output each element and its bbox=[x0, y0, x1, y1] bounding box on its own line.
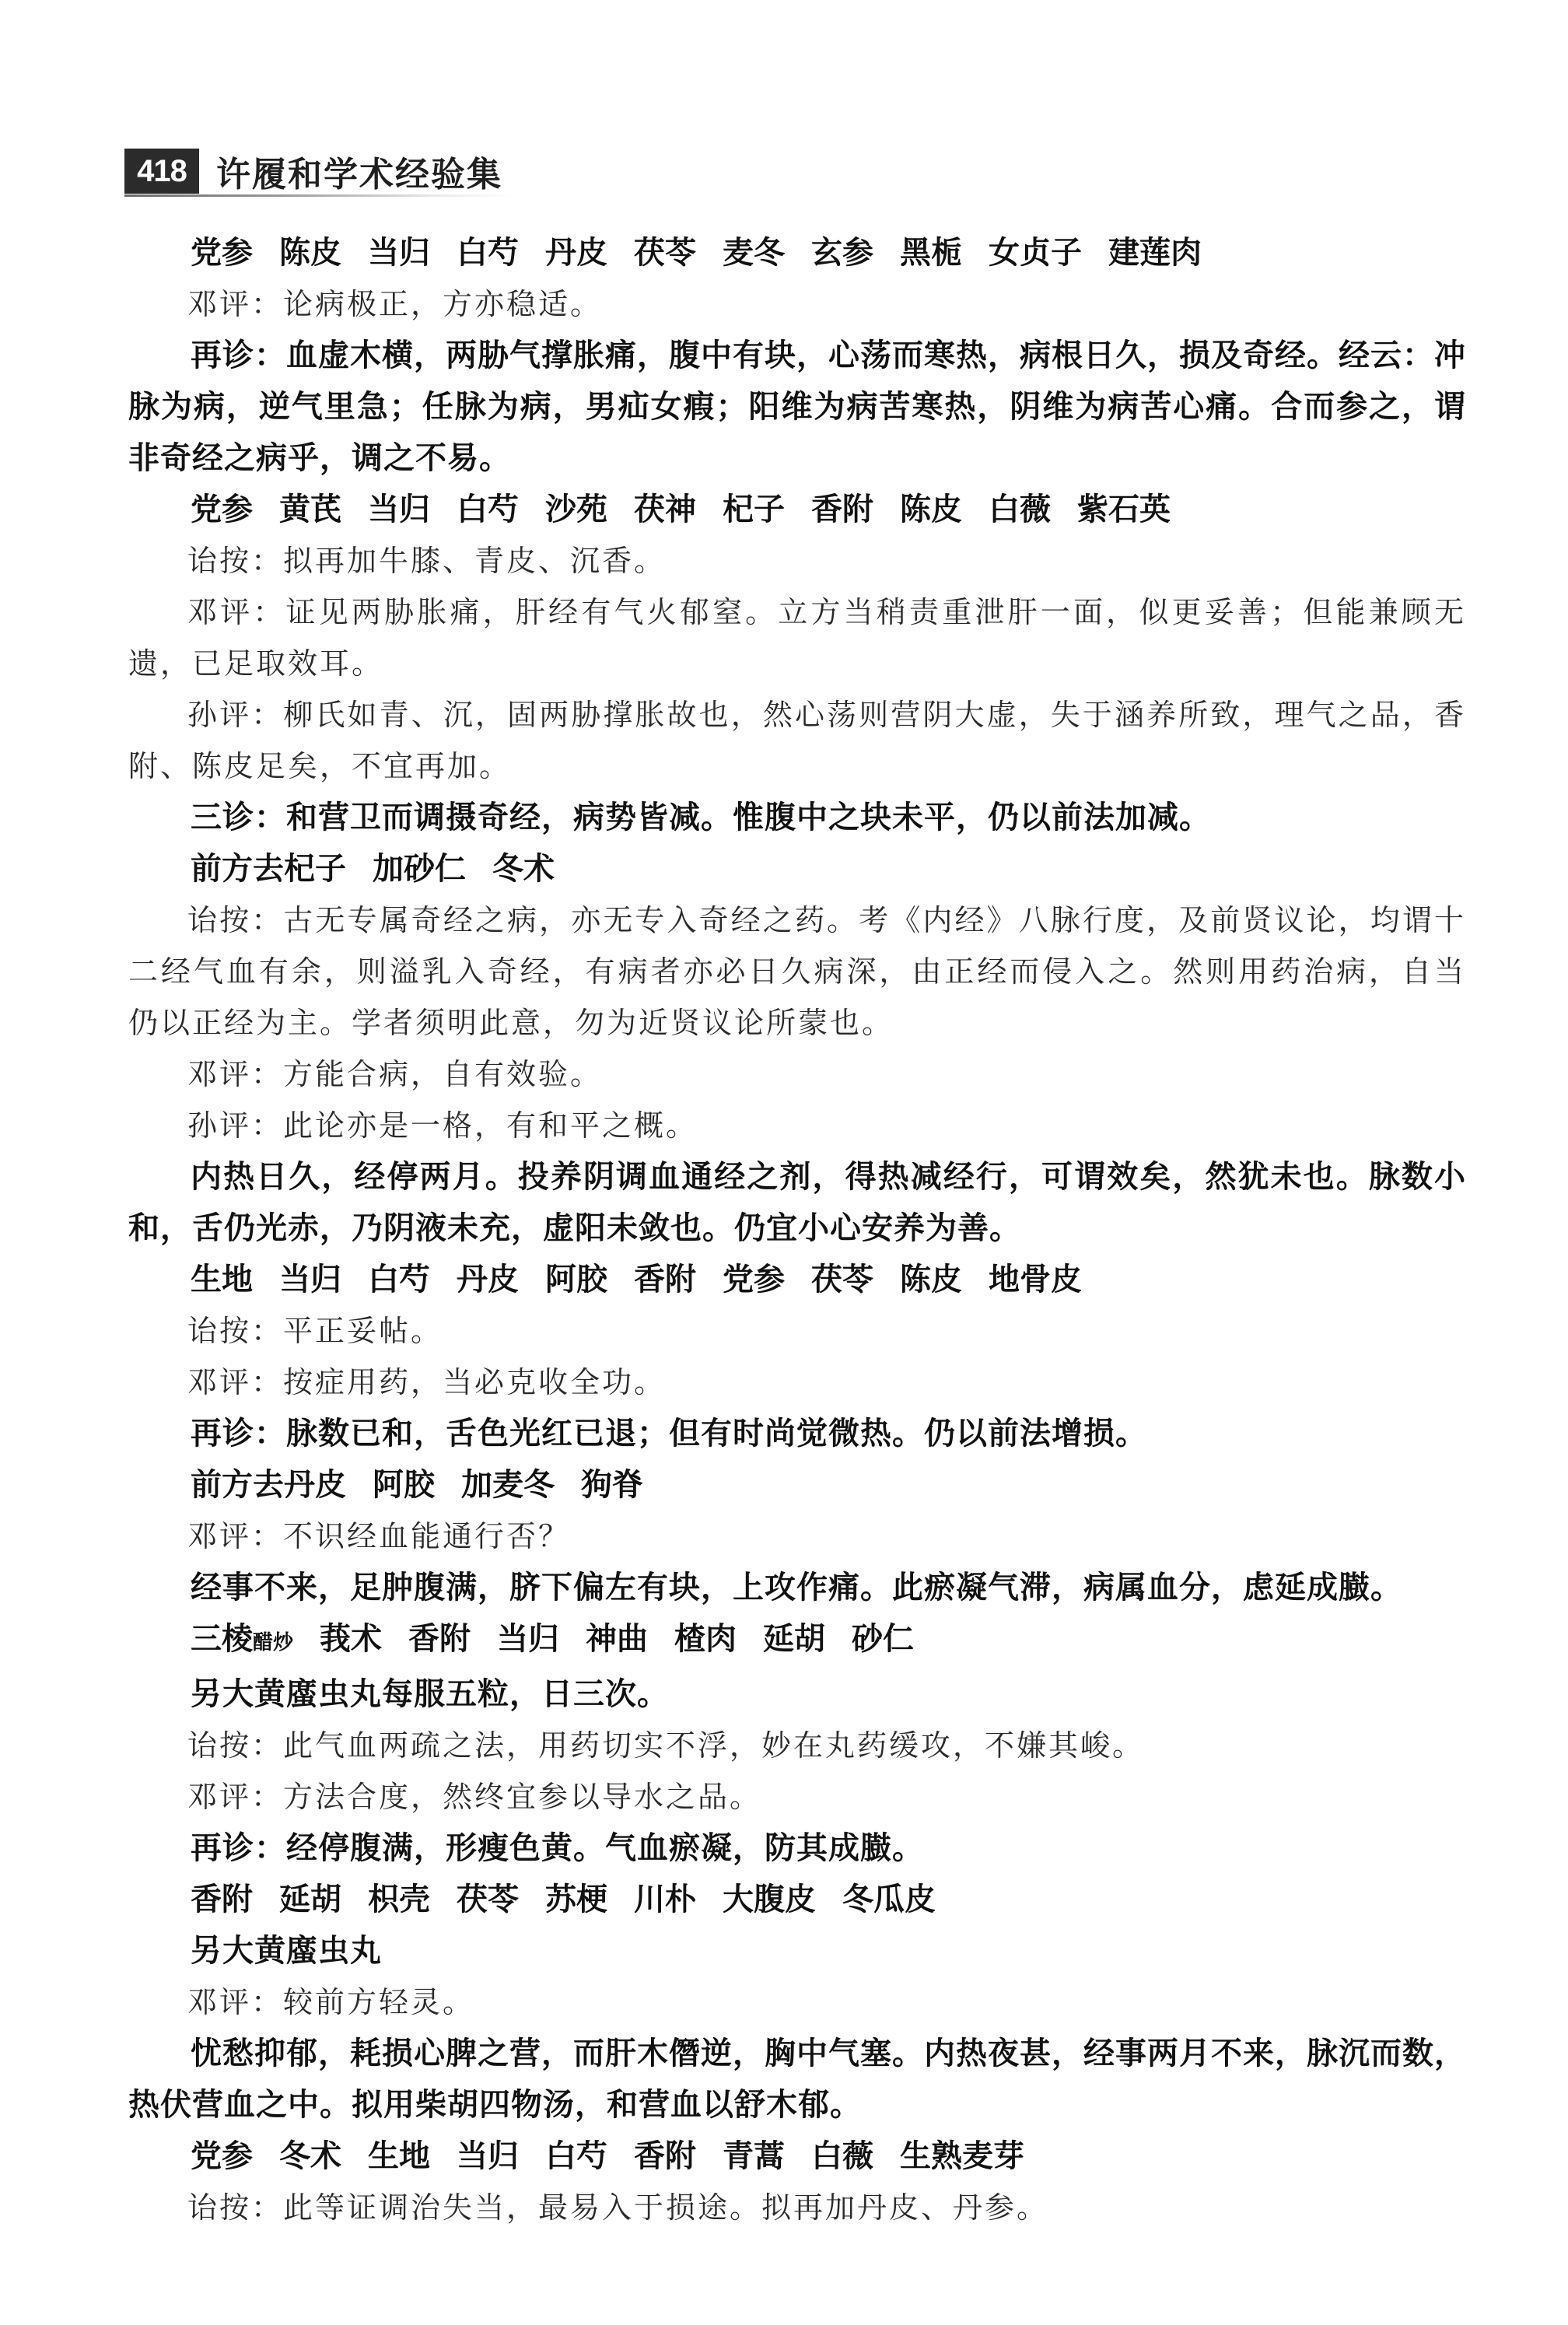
page-number: 418 bbox=[124, 149, 199, 194]
herb-name: 当归 bbox=[368, 492, 430, 527]
herb-item: 党参 bbox=[191, 484, 253, 535]
herb-name: 当归 bbox=[497, 1621, 559, 1657]
herb-name: 川朴 bbox=[634, 1882, 696, 1917]
herb-name: 冬术 bbox=[279, 2138, 341, 2174]
herb-item: 白芍 bbox=[368, 1254, 430, 1305]
herb-item: 地骨皮 bbox=[989, 1254, 1082, 1305]
herb-name: 大腹皮 bbox=[723, 1882, 816, 1917]
herb-item: 黑栀 bbox=[900, 227, 962, 278]
herb-name: 黑栀 bbox=[900, 235, 962, 271]
commentary-paragraph: 诒按：此气血两疏之法，用药切实不浮，妙在丸药缓攻，不嫌其峻。 bbox=[128, 1720, 1466, 1771]
case-paragraph: 内热日久，经停两月。投养阴调血通经之剂，得热减经行，可谓效矣，然犹未也。脉数小和… bbox=[128, 1151, 1466, 1254]
herb-item: 陈皮 bbox=[900, 484, 962, 535]
herb-name: 莪术 bbox=[320, 1621, 382, 1657]
prescription-line: 前方去杞子加砂仁冬术 bbox=[128, 843, 1466, 895]
herb-name: 白芍 bbox=[368, 1262, 430, 1297]
herb-item: 陈皮 bbox=[900, 1254, 962, 1305]
herb-item: 建莲肉 bbox=[1108, 227, 1202, 278]
herb-item: 冬瓜皮 bbox=[842, 1874, 936, 1925]
herb-item: 麦冬 bbox=[723, 227, 785, 278]
herb-name: 白薇 bbox=[811, 2138, 873, 2174]
case-paragraph: 再诊：脉数已和，舌色光红已退；但有时尚觉微热。仍以前法增损。 bbox=[128, 1408, 1466, 1459]
herb-item: 茯神 bbox=[634, 484, 696, 535]
case-paragraph: 再诊：血虚木横，两胁气撑胀痛，腹中有块，心荡而寒热，病根日久，损及奇经。经云：冲… bbox=[128, 330, 1466, 484]
herb-name: 党参 bbox=[191, 492, 253, 527]
herb-item: 楂肉 bbox=[674, 1613, 737, 1665]
herb-name: 冬瓜皮 bbox=[842, 1882, 936, 1917]
herb-name: 杞子 bbox=[723, 492, 785, 527]
commentary-paragraph: 诒按：此等证调治失当，最易入于损途。拟再加丹皮、丹参。 bbox=[128, 2182, 1466, 2233]
herb-item: 白薇 bbox=[811, 2131, 873, 2182]
herb-name: 陈皮 bbox=[900, 492, 962, 527]
herb-item: 香附 bbox=[191, 1874, 253, 1925]
pill-prescription-line: 另大黄䗪虫丸 bbox=[128, 1925, 1466, 1977]
herb-item: 丹皮 bbox=[457, 1254, 519, 1305]
herb-item: 当归 bbox=[368, 484, 430, 535]
herb-name: 加麦冬 bbox=[461, 1467, 555, 1503]
commentary-paragraph: 诒按：平正妥帖。 bbox=[128, 1305, 1466, 1357]
herb-name: 枳壳 bbox=[368, 1882, 430, 1917]
header-divider bbox=[124, 194, 513, 197]
herb-name: 香附 bbox=[191, 1882, 253, 1917]
page-header: 418 许履和学术经验集 bbox=[124, 148, 502, 194]
case-paragraph: 再诊：经停腹满，形瘦色黄。气血瘀凝，防其成臌。 bbox=[128, 1823, 1466, 1874]
herb-item: 茯苓 bbox=[457, 1874, 519, 1925]
herb-name: 前方去丹皮 bbox=[191, 1467, 346, 1503]
commentary-paragraph: 孙评：柳氏如青、沉，固两胁撑胀故也，然心荡则营阴大虚，失于涵养所致，理气之品，香… bbox=[128, 689, 1466, 792]
herb-item: 大腹皮 bbox=[723, 1874, 816, 1925]
herb-item: 黄芪 bbox=[279, 484, 341, 535]
herb-name: 神曲 bbox=[586, 1621, 648, 1657]
herb-name: 香附 bbox=[634, 1262, 696, 1297]
herb-name: 阿胶 bbox=[545, 1262, 607, 1297]
herb-item: 枳壳 bbox=[368, 1874, 430, 1925]
herb-item: 加砂仁 bbox=[373, 843, 466, 895]
herb-item: 沙苑 bbox=[545, 484, 607, 535]
herb-name: 白芍 bbox=[457, 235, 519, 271]
herb-item: 当归 bbox=[368, 227, 430, 278]
herb-item: 党参 bbox=[191, 2131, 253, 2182]
herb-item: 砂仁 bbox=[852, 1613, 914, 1665]
commentary-paragraph: 孙评：此论亦是一格，有和平之概。 bbox=[128, 1100, 1466, 1151]
herb-item: 冬术 bbox=[279, 2131, 341, 2182]
herb-name: 香附 bbox=[408, 1621, 471, 1657]
herb-item: 茯苓 bbox=[811, 1254, 873, 1305]
prescription-line: 党参黄芪当归白芍沙苑茯神杞子香附陈皮白薇紫石英 bbox=[128, 484, 1466, 535]
case-paragraph: 经事不来，足肿腹满，脐下偏左有块，上攻作痛。此瘀凝气滞，病属血分，虑延成臌。 bbox=[128, 1562, 1466, 1613]
herb-item: 陈皮 bbox=[279, 227, 341, 278]
herb-item: 狗脊 bbox=[581, 1459, 643, 1511]
herb-name: 白芍 bbox=[457, 492, 519, 527]
herb-item: 香附 bbox=[811, 484, 873, 535]
herb-item: 生地 bbox=[368, 2131, 430, 2182]
herb-preparation-note: 醋炒 bbox=[253, 1631, 293, 1654]
commentary-paragraph: 邓评：较前方轻灵。 bbox=[128, 1977, 1466, 2028]
prescription-line: 党参陈皮当归白芍丹皮茯苓麦冬玄参黑栀女贞子建莲肉 bbox=[128, 227, 1466, 278]
herb-name: 女贞子 bbox=[989, 235, 1082, 271]
herb-item: 党参 bbox=[723, 1254, 785, 1305]
herb-item: 白芍 bbox=[457, 227, 519, 278]
herb-item: 前方去杞子 bbox=[191, 843, 346, 895]
herb-item: 生地 bbox=[191, 1254, 253, 1305]
herb-name: 香附 bbox=[811, 492, 873, 527]
herb-name: 玄参 bbox=[811, 235, 873, 271]
herb-item: 神曲 bbox=[586, 1613, 648, 1665]
commentary-paragraph: 邓评：方能合病，自有效验。 bbox=[128, 1049, 1466, 1100]
herb-item: 白芍 bbox=[545, 2131, 607, 2182]
pill-prescription-line: 另大黄䗪虫丸每服五粒，日三次。 bbox=[128, 1668, 1466, 1720]
prescription-line: 生地当归白芍丹皮阿胶香附党参茯苓陈皮地骨皮 bbox=[128, 1254, 1466, 1305]
prescription-line: 党参冬术生地当归白芍香附青蒿白薇生熟麦芽 bbox=[128, 2131, 1466, 2182]
herb-name: 党参 bbox=[191, 235, 253, 271]
herb-item: 杞子 bbox=[723, 484, 785, 535]
herb-name: 陈皮 bbox=[279, 235, 341, 271]
herb-item: 茯苓 bbox=[634, 227, 696, 278]
herb-name: 沙苑 bbox=[545, 492, 607, 527]
herb-name: 加砂仁 bbox=[373, 851, 466, 887]
commentary-paragraph: 邓评：证见两胁胀痛，肝经有气火郁窒。立方当稍责重泄肝一面，似更妥善；但能兼顾无遗… bbox=[128, 587, 1466, 689]
herb-item: 阿胶 bbox=[545, 1254, 607, 1305]
herb-item: 三棱醋炒 bbox=[191, 1613, 293, 1668]
herb-name: 茯苓 bbox=[634, 235, 696, 271]
herb-name: 楂肉 bbox=[674, 1621, 737, 1657]
herb-name: 紫石英 bbox=[1077, 492, 1171, 527]
herb-item: 女贞子 bbox=[989, 227, 1082, 278]
herb-item: 紫石英 bbox=[1077, 484, 1171, 535]
herb-name: 延胡 bbox=[279, 1882, 341, 1917]
herb-name: 延胡 bbox=[763, 1621, 825, 1657]
herb-name: 冬术 bbox=[492, 851, 555, 887]
herb-item: 香附 bbox=[408, 1613, 471, 1665]
herb-item: 前方去丹皮 bbox=[191, 1459, 346, 1511]
herb-item: 延胡 bbox=[763, 1613, 825, 1665]
commentary-paragraph: 邓评：不识经血能通行否？ bbox=[128, 1511, 1466, 1562]
herb-name: 苏梗 bbox=[545, 1882, 607, 1917]
prescription-line: 香附延胡枳壳茯苓苏梗川朴大腹皮冬瓜皮 bbox=[128, 1874, 1466, 1925]
case-paragraph: 忧愁抑郁，耗损心脾之营，而肝木僭逆，胸中气塞。内热夜甚，经事两月不来，脉沉而数，… bbox=[128, 2028, 1466, 2131]
herb-name: 香附 bbox=[634, 2138, 696, 2174]
herb-item: 白薇 bbox=[989, 484, 1051, 535]
herb-name: 白芍 bbox=[545, 2138, 607, 2174]
herb-item: 当归 bbox=[497, 1613, 559, 1665]
case-paragraph: 三诊：和营卫而调摄奇经，病势皆减。惟腹中之块未平，仍以前法加减。 bbox=[128, 792, 1466, 843]
herb-name: 党参 bbox=[191, 2138, 253, 2174]
herb-item: 莪术 bbox=[320, 1613, 382, 1665]
herb-item: 丹皮 bbox=[545, 227, 607, 278]
herb-name: 党参 bbox=[723, 1262, 785, 1297]
herb-name: 茯神 bbox=[634, 492, 696, 527]
herb-name: 茯苓 bbox=[457, 1882, 519, 1917]
herb-item: 冬术 bbox=[492, 843, 555, 895]
herb-name: 生地 bbox=[191, 1262, 253, 1297]
prescription-line: 三棱醋炒莪术香附当归神曲楂肉延胡砂仁 bbox=[128, 1613, 1466, 1668]
herb-name: 生熟麦芽 bbox=[900, 2138, 1024, 2174]
herb-name: 陈皮 bbox=[900, 1262, 962, 1297]
herb-item: 川朴 bbox=[634, 1874, 696, 1925]
herb-name: 砂仁 bbox=[852, 1621, 914, 1657]
herb-name: 狗脊 bbox=[581, 1467, 643, 1503]
commentary-paragraph: 邓评：方法合度，然终宜参以导水之品。 bbox=[128, 1771, 1466, 1823]
herb-item: 玄参 bbox=[811, 227, 873, 278]
herb-item: 加麦冬 bbox=[461, 1459, 555, 1511]
herb-name: 当归 bbox=[368, 235, 430, 271]
herb-name: 丹皮 bbox=[457, 1262, 519, 1297]
herb-item: 香附 bbox=[634, 1254, 696, 1305]
herb-name: 丹皮 bbox=[545, 235, 607, 271]
herb-name: 青蒿 bbox=[723, 2138, 785, 2174]
herb-name: 黄芪 bbox=[279, 492, 341, 527]
herb-name: 茯苓 bbox=[811, 1262, 873, 1297]
herb-name: 麦冬 bbox=[723, 235, 785, 271]
herb-item: 当归 bbox=[279, 1254, 341, 1305]
herb-name: 当归 bbox=[279, 1262, 341, 1297]
commentary-paragraph: 邓评：论病极正，方亦稳适。 bbox=[128, 278, 1466, 330]
commentary-paragraph: 诒按：古无专属奇经之病，亦无专入奇经之药。考《内经》八脉行度，及前贤议论，均谓十… bbox=[128, 895, 1466, 1049]
herb-name: 三棱 bbox=[191, 1621, 253, 1657]
herb-item: 青蒿 bbox=[723, 2131, 785, 2182]
herb-item: 香附 bbox=[634, 2131, 696, 2182]
page-body: 党参陈皮当归白芍丹皮茯苓麦冬玄参黑栀女贞子建莲肉邓评：论病极正，方亦稳适。再诊：… bbox=[128, 227, 1466, 2233]
herb-name: 生地 bbox=[368, 2138, 430, 2174]
herb-name: 地骨皮 bbox=[989, 1262, 1082, 1297]
herb-name: 白薇 bbox=[989, 492, 1051, 527]
commentary-paragraph: 邓评：按症用药，当必克收全功。 bbox=[128, 1357, 1466, 1408]
herb-item: 阿胶 bbox=[373, 1459, 435, 1511]
herb-name: 前方去杞子 bbox=[191, 851, 346, 887]
commentary-paragraph: 诒按：拟再加牛膝、青皮、沉香。 bbox=[128, 535, 1466, 587]
herb-item: 党参 bbox=[191, 227, 253, 278]
herb-name: 阿胶 bbox=[373, 1467, 435, 1503]
prescription-line: 前方去丹皮阿胶加麦冬狗脊 bbox=[128, 1459, 1466, 1511]
herb-item: 白芍 bbox=[457, 484, 519, 535]
herb-item: 延胡 bbox=[279, 1874, 341, 1925]
herb-item: 苏梗 bbox=[545, 1874, 607, 1925]
herb-name: 建莲肉 bbox=[1108, 235, 1202, 271]
herb-item: 当归 bbox=[457, 2131, 519, 2182]
book-title: 许履和学术经验集 bbox=[216, 146, 502, 196]
herb-name: 当归 bbox=[457, 2138, 519, 2174]
herb-item: 生熟麦芽 bbox=[900, 2131, 1024, 2182]
